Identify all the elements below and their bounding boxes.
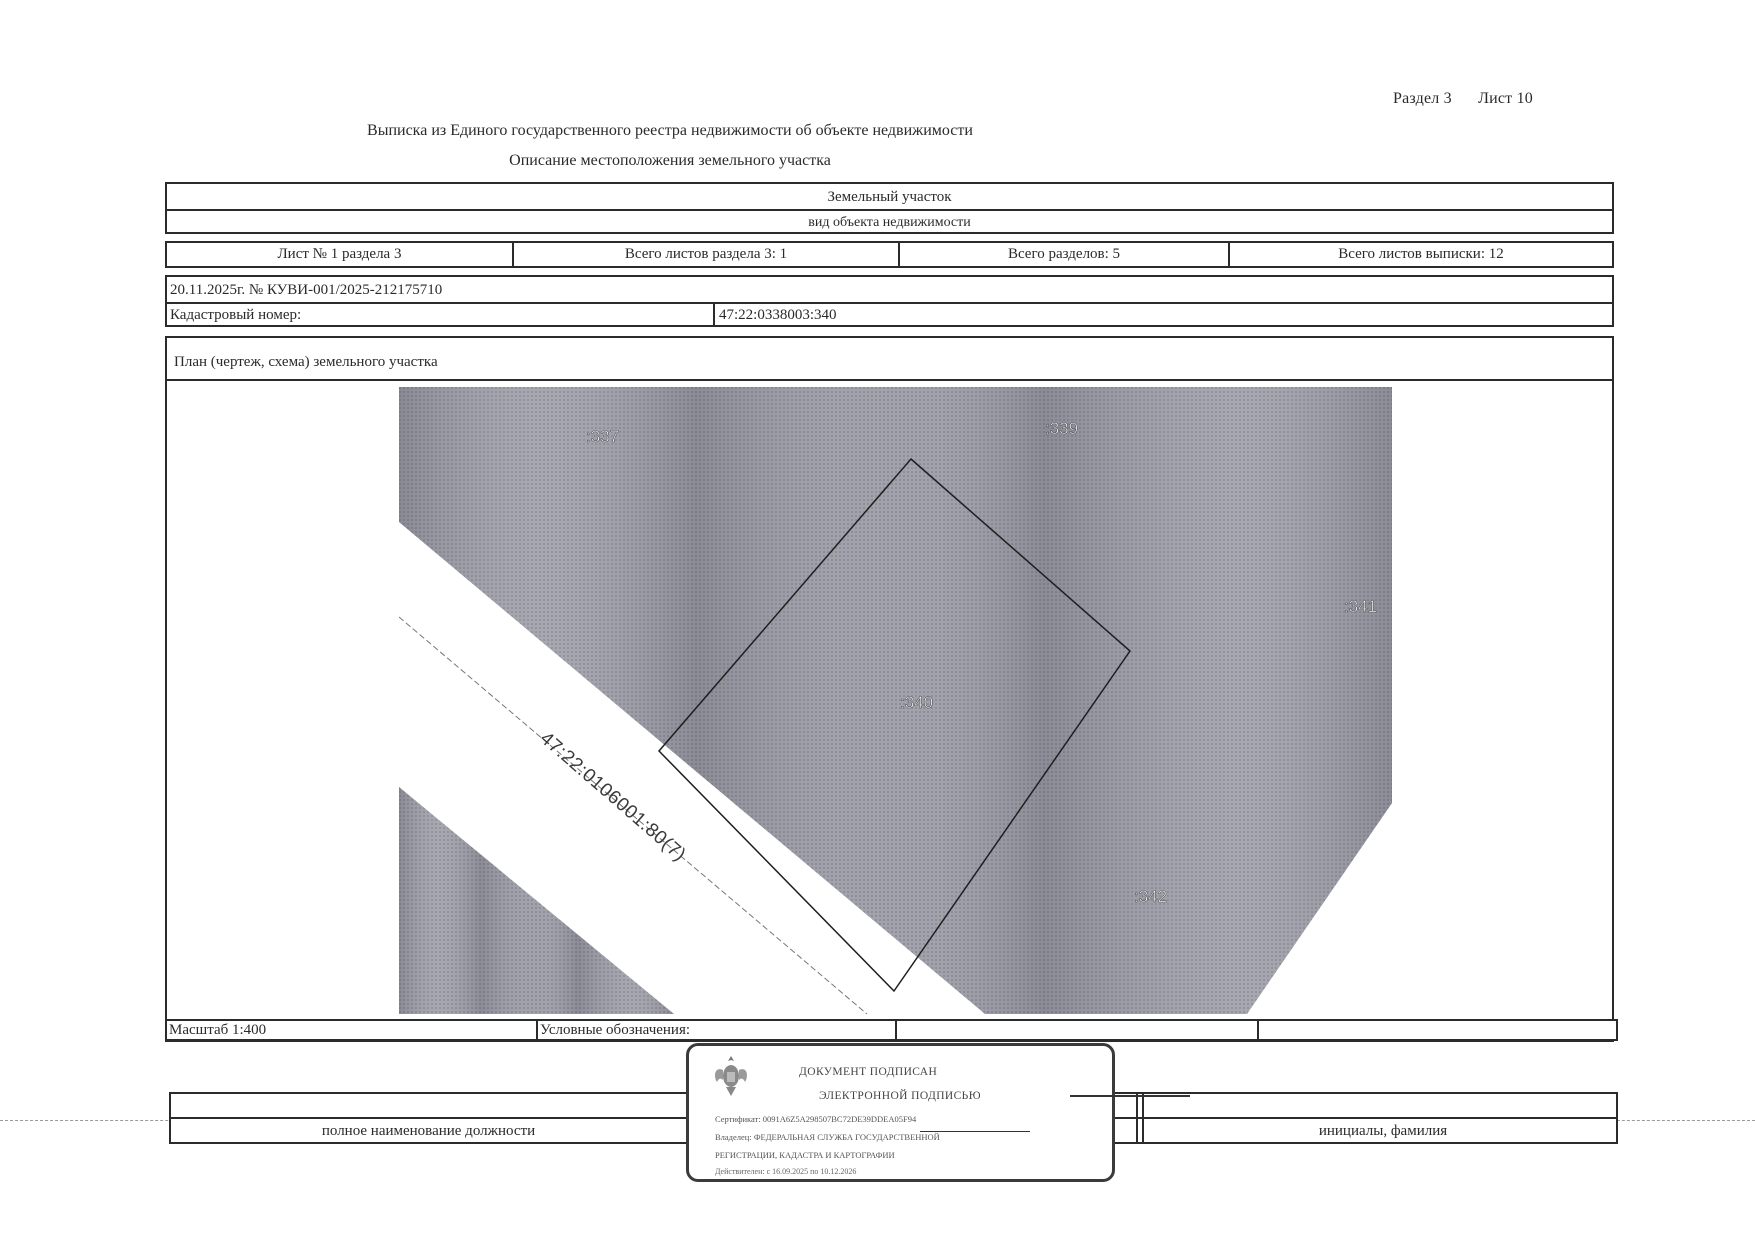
object-name: Земельный участок bbox=[167, 187, 1612, 207]
stamp-rule-right-2 bbox=[920, 1131, 1030, 1132]
stamp-line-2: ЭЛЕКТРОННОЙ ПОДПИСЬЮ bbox=[819, 1090, 981, 1102]
record-date-number: 20.11.2025г. № КУВИ-001/2025-212175710 bbox=[170, 280, 1612, 300]
sheet-number: Лист 10 bbox=[1478, 90, 1533, 107]
road-label: 47:22:0106001:80(7) bbox=[536, 728, 690, 866]
total-sections: Всего разделов: 5 bbox=[900, 243, 1228, 266]
section-number: Раздел 3 bbox=[1393, 90, 1452, 107]
parcel-label-342: :342 bbox=[1134, 887, 1167, 906]
stamp-validity: Действителен: с 16.09.2025 по 10.12.2026 bbox=[715, 1167, 856, 1176]
document-title: Выписка из Единого государственного реес… bbox=[0, 122, 1340, 140]
cadastral-map: :337 :339 :341 :340 :342 47:22:0106001:8… bbox=[399, 387, 1392, 1014]
page-header-ref: Раздел 3 Лист 10 bbox=[1393, 90, 1533, 108]
parcel-label-337: :337 bbox=[586, 427, 619, 446]
stamp-owner-2: РЕГИСТРАЦИИ, КАДАСТРА И КАРТОГРАФИИ bbox=[715, 1150, 895, 1160]
total-sheets-section: Всего листов раздела 3: 1 bbox=[514, 243, 898, 266]
scale-label: Масштаб 1:400 bbox=[169, 1021, 539, 1039]
stamp-owner-1: Владелец: ФЕДЕРАЛЬНАЯ СЛУЖБА ГОСУДАРСТВЕ… bbox=[715, 1132, 940, 1142]
document-subtitle: Описание местоположения земельного участ… bbox=[0, 152, 1340, 170]
cadastral-number: 47:22:0338003:340 bbox=[719, 305, 1612, 325]
scale-legend-row: Масштаб 1:400 Условные обозначения: bbox=[165, 1019, 1618, 1041]
sheet-info-row: Лист № 1 раздела 3 Всего листов раздела … bbox=[165, 241, 1614, 268]
signature-caption: инициалы, фамилия bbox=[1146, 1119, 1620, 1142]
parcel-label-339: :339 bbox=[1045, 419, 1078, 438]
sheet-of-section: Лист № 1 раздела 3 bbox=[167, 243, 512, 266]
record-box: 20.11.2025г. № КУВИ-001/2025-212175710 К… bbox=[165, 275, 1614, 327]
position-caption: полное наименование должности bbox=[171, 1119, 686, 1142]
object-type-box: Земельный участок вид объекта недвижимос… bbox=[165, 182, 1614, 234]
parcel-label-341: :341 bbox=[1344, 597, 1377, 616]
stamp-line-1: ДОКУМЕНТ ПОДПИСАН bbox=[799, 1066, 937, 1078]
stamp-certificate: Сертификат: 0091A6Z5A298507BC72DE39DDEA0… bbox=[715, 1114, 916, 1124]
total-sheets-extract: Всего листов выписки: 12 bbox=[1230, 243, 1612, 266]
stamp-rule-right-1 bbox=[1070, 1095, 1190, 1097]
electronic-signature-stamp: ДОКУМЕНТ ПОДПИСАН ЭЛЕКТРОННОЙ ПОДПИСЬЮ С… bbox=[686, 1043, 1115, 1182]
parcel-label-340: :340 bbox=[900, 693, 933, 712]
russian-emblem-icon bbox=[711, 1052, 751, 1100]
plan-caption: План (чертеж, схема) земельного участка bbox=[174, 352, 1612, 372]
legend-label: Условные обозначения: bbox=[540, 1021, 1060, 1039]
cadastral-label: Кадастровый номер: bbox=[170, 305, 710, 325]
object-type-caption: вид объекта недвижимости bbox=[167, 213, 1612, 233]
